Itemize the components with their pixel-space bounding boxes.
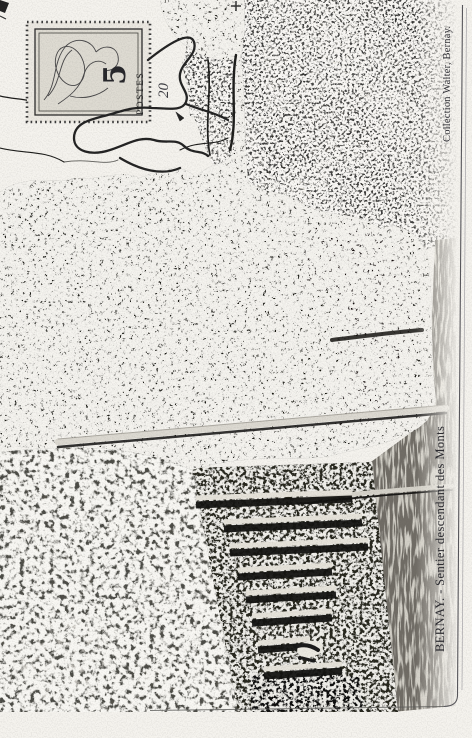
caption-text: BERNAY. - Sentier descendant des Monts bbox=[433, 426, 448, 652]
postcard-scan: 5 POSTES 20 BERNAY. - Sentier descendant… bbox=[0, 0, 472, 738]
postcard-photo-illustration: 5 POSTES 20 bbox=[0, 0, 472, 738]
scan-grain-overlay bbox=[0, 0, 472, 738]
publisher-credit: Collection Walter, Bernay. bbox=[442, 26, 453, 142]
